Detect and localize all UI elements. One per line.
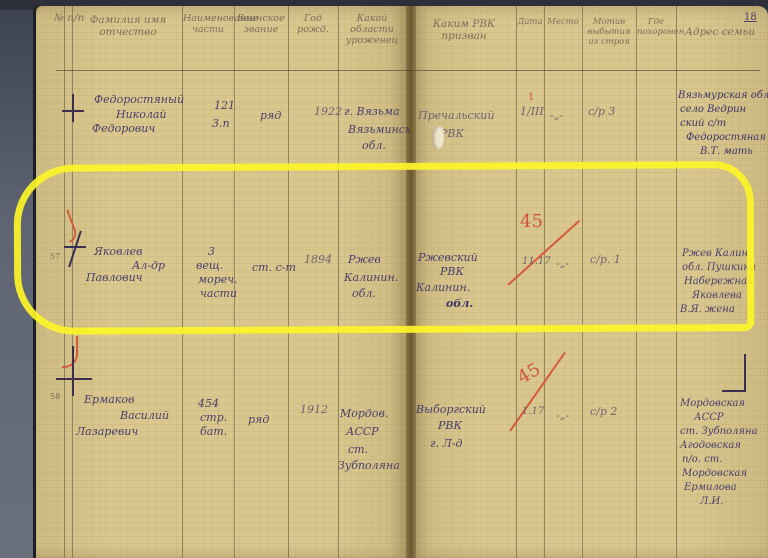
row2-unit-line4: части [200, 288, 237, 301]
row3-unit-line3: бат. [200, 426, 227, 439]
row1-relatives-line2: село Ведрин [680, 104, 746, 116]
row3-name-line1: Ермаков [84, 394, 134, 407]
row1-relatives-line1: Вязьмурская обл. [678, 90, 768, 102]
row2-unit-line1: 3 [208, 246, 215, 259]
row2-draft-office-line1: Ржевский [418, 252, 478, 265]
row1-red-mark: 1 [528, 92, 534, 104]
header-no: № п/п [54, 12, 74, 24]
row1-reason: с/р 3 [588, 106, 615, 119]
header-birthplace: Какой области уроженец [339, 14, 405, 47]
row3-unit-line1: 454 [198, 398, 219, 411]
row2-place-missing: -„- [556, 258, 569, 271]
row1-date-missing: 1/III [520, 106, 544, 119]
ledger-book: № п/п Фамилия имя отчество Наименование … [36, 6, 768, 558]
row3-reason: с/р 2 [590, 406, 617, 419]
row2-date-missing: 11.17 [522, 256, 551, 268]
row2-relatives-line3: Набережная [684, 276, 754, 288]
row3-birthplace-line2: АССР [346, 426, 379, 439]
row2-unit-line2: вещ. [196, 260, 223, 273]
row2-relatives-line4: Яковлева [692, 290, 742, 302]
row1-place-missing: -„- [550, 110, 563, 123]
row1-name-line1: Федоростяный [94, 94, 184, 107]
header-date-missing: Дата [517, 18, 543, 28]
row3-number: 58 [50, 392, 60, 401]
row3-draft-office-line1: Выборгский [416, 404, 486, 417]
header-draft-office: Каким РВК призван [416, 18, 512, 42]
row3-relatives-line8: Л.И. [700, 496, 723, 508]
row2-rank: ст. с-т [252, 262, 296, 275]
row3-birthplace-line3: ст. [348, 444, 368, 457]
header-name: Фамилия имя отчество [76, 14, 180, 38]
row3-name-line2: Василий [120, 410, 169, 423]
row3-unit-line2: стр. [200, 412, 227, 425]
row2-birthplace-line3: обл. [352, 288, 376, 301]
row3-birthplace-line4: Зубполяна [338, 460, 400, 473]
row3-relatives-line4: Агодовская [680, 440, 741, 452]
row2-draft-office-line2: РВК [440, 266, 464, 279]
row1-birth-year: 1922 [314, 106, 342, 119]
row3-relatives-line5: п/о. ст. [682, 454, 722, 466]
header-burial: Где похоронен [637, 18, 675, 38]
row2-unit-line3: мореч. [198, 274, 238, 287]
row3-name-line3: Лазаревич [76, 426, 138, 439]
row2-relatives-line5: В.Я. жена [680, 304, 735, 316]
row1-unit-line1: 121 [214, 100, 235, 113]
book-gutter [406, 6, 416, 558]
red-check-mark [62, 336, 78, 368]
row2-reason: с/р. 1 [590, 254, 621, 267]
row3-birth-year: 1912 [300, 404, 328, 417]
row3-relatives-line1: Мордовская [680, 398, 745, 410]
row2-birthplace-line1: Ржев [348, 254, 381, 267]
header-place-missing: Место [545, 18, 581, 28]
header-relatives: Адрес семьи [680, 26, 760, 38]
row3-rank: ряд [248, 414, 269, 427]
row1-draft-office-line1: Пречальский [418, 110, 494, 123]
row1-relatives-line5: В.Т. мать [700, 146, 753, 158]
row1-relatives-line3: ский с/т [680, 118, 726, 130]
header-unit: Наименование части [183, 14, 233, 36]
row3-birthplace-line1: Мордов. [340, 408, 388, 421]
row2-number: 57 [50, 252, 60, 261]
row3-draft-office-line3: г. Л-д [430, 438, 462, 451]
right-page: 18 Каким РВК призван Дата Место Мотив вы… [410, 6, 768, 558]
row3-relatives-line7: Ермилова [684, 482, 737, 494]
row2-red-mark: 45 [520, 212, 543, 233]
red-check-mark [59, 209, 79, 242]
row2-name-line3: Павлович [86, 272, 143, 285]
header-birth-year: Год рожд. [289, 14, 337, 36]
row1-name-line2: Николай [116, 109, 167, 122]
row1-rank: ряд [260, 110, 281, 123]
row2-birth-year: 1894 [304, 254, 332, 267]
row1-birthplace-line1: г. Вязьма [344, 106, 400, 119]
row3-date-missing: 1.17 [522, 406, 544, 418]
row3-relatives-line6: Мордовская [682, 468, 747, 480]
row2-draft-office-line4: обл. [446, 298, 473, 311]
row2-name-line1: Яковлев [94, 246, 142, 259]
row2-draft-office-line3: Калинин. [416, 282, 470, 295]
row2-relatives-line1: Ржев Калин. [682, 248, 751, 260]
row2-relatives-line2: обл. Пушкина [682, 262, 756, 274]
row2-birthplace-line2: Калинин. [344, 272, 398, 285]
left-page: № п/п Фамилия имя отчество Наименование … [36, 6, 410, 558]
row1-name-line3: Федорович [92, 123, 155, 136]
row1-unit-line2: 3.п [212, 118, 230, 131]
row3-relatives-line3: ст. Зубполяна [680, 426, 758, 438]
header-reason: Мотив выбытия из строя [583, 18, 635, 47]
header-rank: Воинское звание [235, 14, 287, 36]
row3-place-missing: -„- [556, 410, 569, 423]
page-number: 18 [744, 12, 757, 23]
row3-draft-office-line2: РВК [438, 420, 462, 433]
row1-birthplace-line2: Вязьминский [348, 124, 410, 137]
row1-birthplace-line3: обл. [362, 140, 386, 153]
row3-relatives-line2: АССР [694, 412, 724, 424]
row1-relatives-line4: Федоростяная [686, 132, 766, 144]
